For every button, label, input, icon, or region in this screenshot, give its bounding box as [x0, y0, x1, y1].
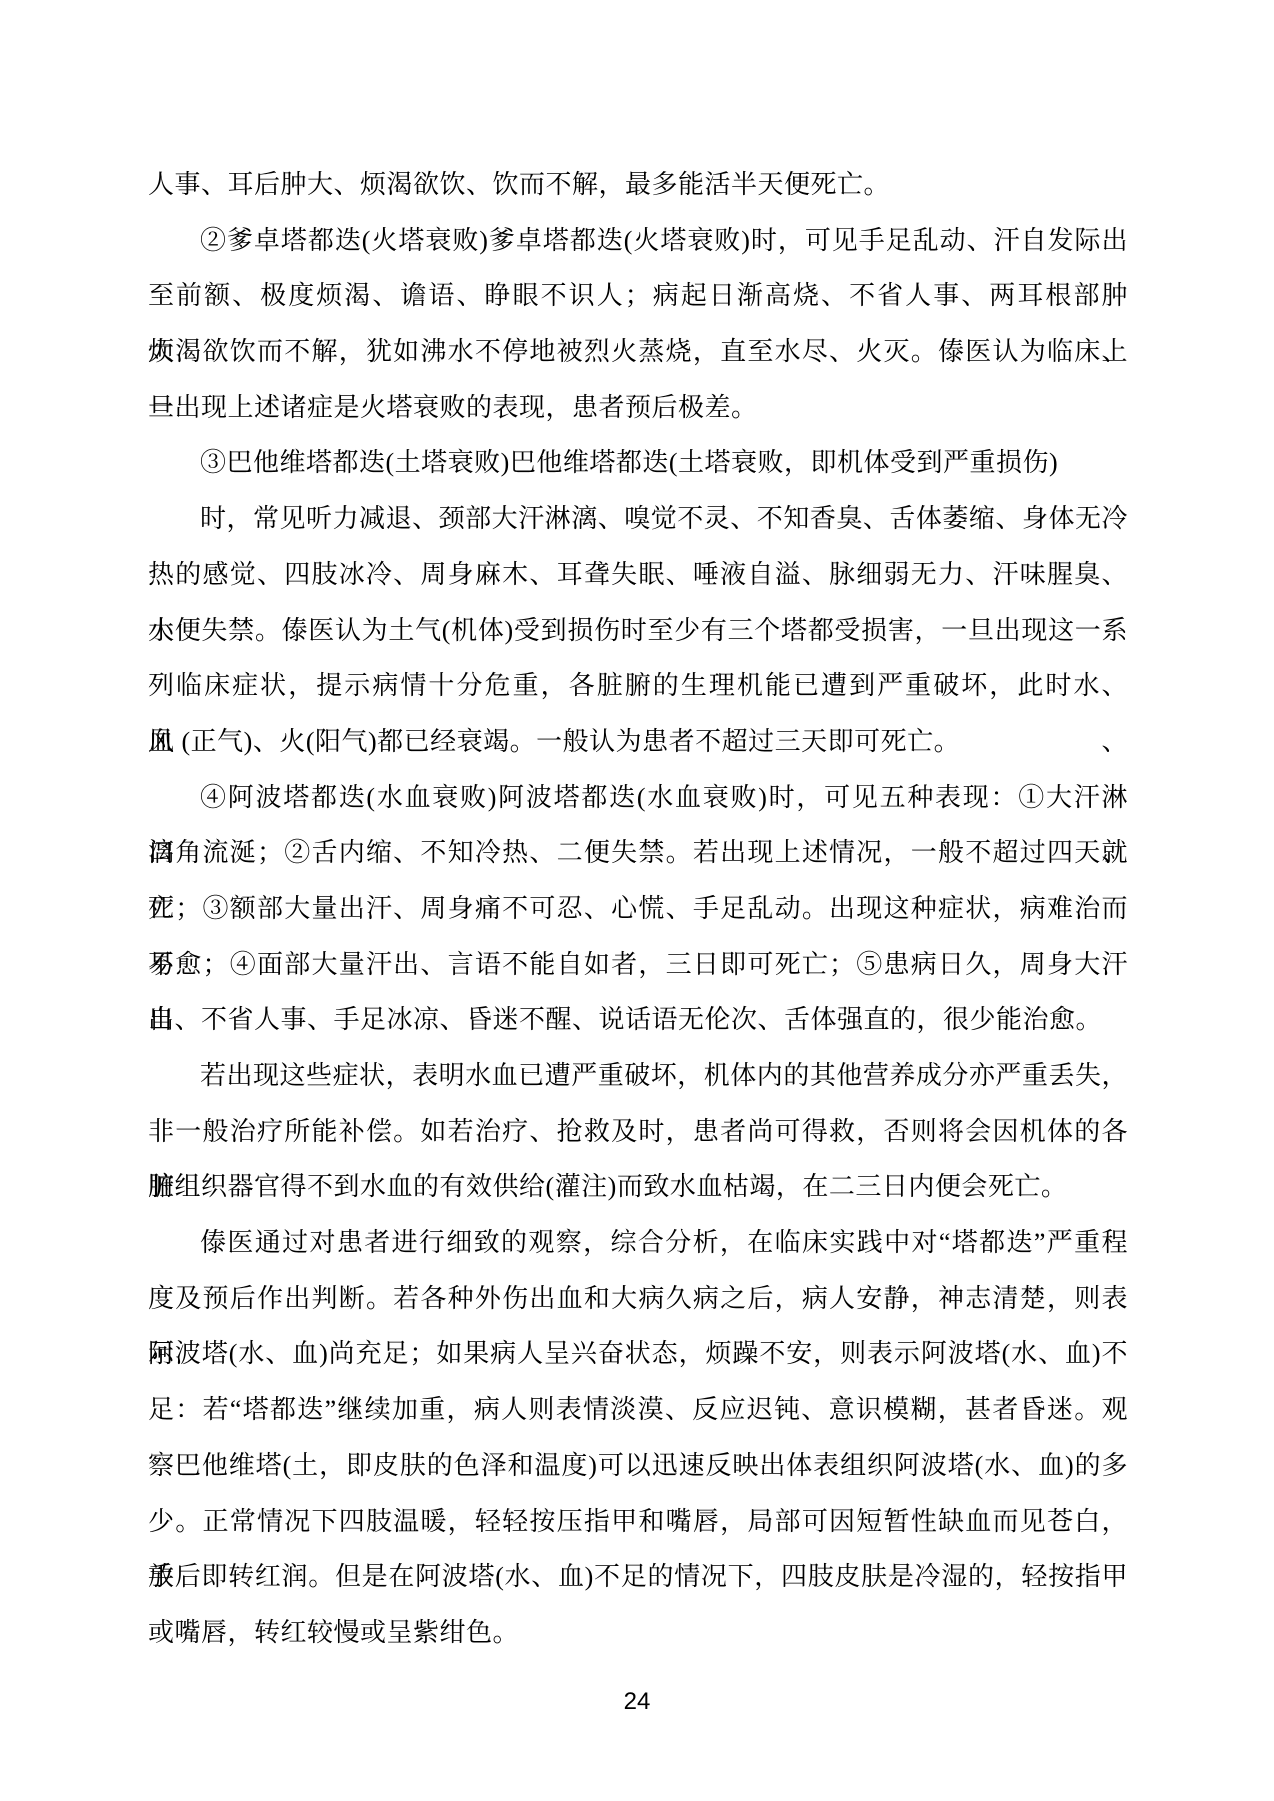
text-line: 人事、耳后肿大、烦渴欲饮、饮而不解，最多能活半天便死亡。	[148, 157, 1128, 213]
text-line: 口角流涎；②舌内缩、不知冷热、二便失禁。若出现上述情况，一般不超过四天就死	[148, 825, 1128, 881]
text-line: ④阿波塔都迭(水血衰败)阿波塔都迭(水血衰败)时，可见五种表现：①大汗淋漓、	[148, 770, 1128, 826]
text-line: 亡；③额部大量出汗、周身痛不可忍、心慌、手足乱动。出现这种症状，病难治而不	[148, 881, 1128, 937]
text-line: 腑组织器官得不到水血的有效供给(灌注)而致水血枯竭，在二三日内便会死亡。	[148, 1159, 1128, 1215]
text-line: 度及预后作出判断。若各种外伤出血和大病久病之后，病人安静，神志清楚，则表示	[148, 1271, 1128, 1327]
text-block: 人事、耳后肿大、烦渴欲饮、饮而不解，最多能活半天便死亡。②爹卓塔都迭(火塔衰败)…	[148, 157, 1128, 1661]
text-line: 阿波塔(水、血)尚充足；如果病人呈兴奋状态，烦躁不安，则表示阿波塔(水、血)不	[148, 1326, 1128, 1382]
text-line: 列临床症状，提示病情十分危重，各脏腑的生理机能已遭到严重破坏，此时水、血、	[148, 658, 1128, 714]
text-line: 手后即转红润。但是在阿波塔(水、血)不足的情况下，四肢皮肤是冷湿的，轻按指甲	[148, 1549, 1128, 1605]
text-line: 小便失禁。傣医认为土气(机体)受到损伤时至少有三个塔都受损害，一旦出现这一系	[148, 603, 1128, 659]
text-line: 傣医通过对患者进行细致的观察，综合分析，在临床实践中对“塔都迭”严重程	[148, 1215, 1128, 1271]
text-line: 非一般治疗所能补偿。如若治疗、抢救及时，患者尚可得救，否则将会因机体的各脏	[148, 1104, 1128, 1160]
text-line: 察巴他维塔(土，即皮肤的色泽和温度)可以迅速反映出体表组织阿波塔(水、血)的多	[148, 1438, 1128, 1494]
text-line: 易愈；④面部大量汗出、言语不能自如者，三日即可死亡；⑤患病日久，周身大汗自	[148, 937, 1128, 993]
text-line: 旦出现上述诸症是火塔衰败的表现，患者预后极差。	[148, 380, 1128, 436]
page-number: 24	[0, 1688, 1274, 1716]
text-line: 足：若“塔都迭”继续加重，病人则表情淡漠、反应迟钝、意识模糊，甚者昏迷。观	[148, 1382, 1128, 1438]
text-line: 热的感觉、四肢冰冷、周身麻木、耳聋失眠、唾液自溢、脉细弱无力、汗味腥臭、大	[148, 547, 1128, 603]
text-line: 若出现这些症状，表明水血已遭严重破坏，机体内的其他营养成分亦严重丢失，	[148, 1048, 1128, 1104]
text-line: 或嘴唇，转红较慢或呈紫绀色。	[148, 1605, 1128, 1661]
text-line: ③巴他维塔都迭(土塔衰败)巴他维塔都迭(土塔衰败，即机体受到严重损伤)	[148, 435, 1128, 491]
text-line: 至前额、极度烦渴、谵语、睁眼不识人；病起日渐高烧、不省人事、两耳根部肿大、	[148, 268, 1128, 324]
text-line: 时，常见听力减退、颈部大汗淋漓、嗅觉不灵、不知香臭、舌体萎缩、身体无冷	[148, 491, 1128, 547]
text-line: 少。正常情况下四肢温暖，轻轻按压指甲和嘴唇，局部可因短暂性缺血而见苍白，放	[148, 1494, 1128, 1550]
text-line: ②爹卓塔都迭(火塔衰败)爹卓塔都迭(火塔衰败)时，可见手足乱动、汗自发际出	[148, 213, 1128, 269]
text-line: 出、不省人事、手足冰凉、昏迷不醒、说话语无伦次、舌体强直的，很少能治愈。	[148, 992, 1128, 1048]
document-page: 人事、耳后肿大、烦渴欲饮、饮而不解，最多能活半天便死亡。②爹卓塔都迭(火塔衰败)…	[0, 0, 1274, 1801]
text-line: 烦渴欲饮而不解，犹如沸水不停地被烈火蒸烧，直至水尽、火灭。傣医认为临床上一	[148, 324, 1128, 380]
